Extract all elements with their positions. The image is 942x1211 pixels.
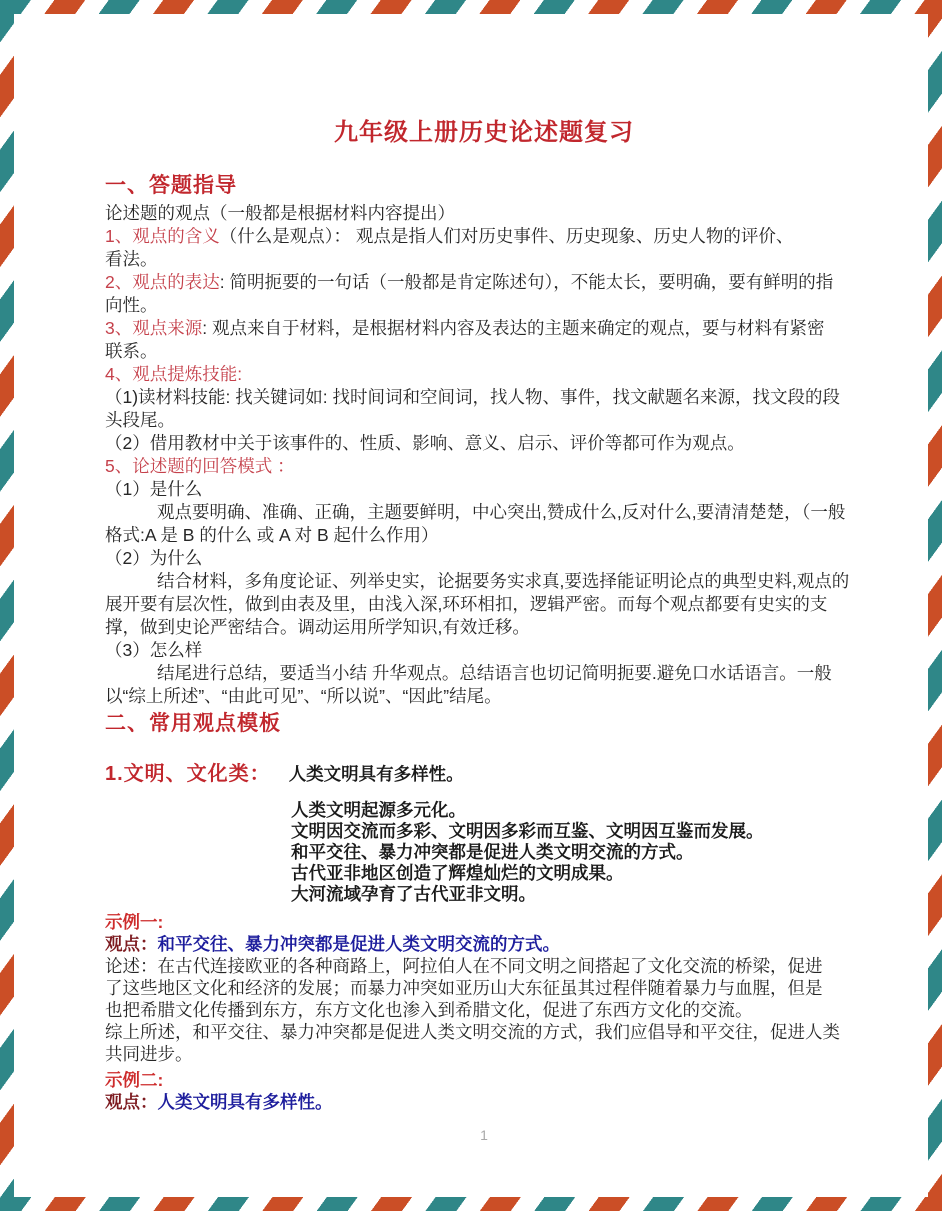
red-highlight-text: 1、观点的含义 (105, 226, 220, 246)
text-line: 撑，做到史论严密结合。调动运用所学知识,有效迁移。 (105, 616, 863, 639)
category-label: 1.文明、文化类： (105, 763, 271, 785)
text-line: 2、观点的表达: 简明扼要的一句话（一般都是肯定陈述句），不能太长，要明确，要有… (105, 271, 863, 294)
example-1: 示例一:观点：和平交往、暴力冲突都是促进人类文明交流的方式。论述：在古代连接欧亚… (105, 911, 863, 1065)
text-line: 3、观点来源: 观点来自于材料，是根据材料内容及表达的主题来确定的观点，要与材料… (105, 317, 863, 340)
template-line: 大河流域孕育了古代亚非文明。 (291, 884, 863, 905)
body-text: 结尾进行总结，要适当小结 升华观点。总结语言也切记简明扼要.避免口水话语言。一般 (157, 663, 832, 683)
body-text: （1)读材料技能: 找关键词如: 找时间词和空间词，找人物、事件，找文献题名来源… (105, 387, 840, 407)
text-line: 展开要有层次性，做到由表及里，由浅入深,环环相扣，逻辑严密。而每个观点都要有史实… (105, 593, 863, 616)
examples-block: 示例一:观点：和平交往、暴力冲突都是促进人类文明交流的方式。论述：在古代连接欧亚… (105, 911, 863, 1113)
answer-guide-text-block: 论述题的观点（一般都是根据材料内容提出）1、观点的含义（什么是观点）： 观点是指… (105, 202, 863, 708)
body-text: : 观点来自于材料，是根据材料内容及表达的主题来确定的观点，要与材料有紧密 (202, 318, 824, 338)
page-number: 1 (105, 1127, 863, 1143)
page-title: 九年级上册历史论述题复习 (105, 118, 863, 148)
document-content: 九年级上册历史论述题复习 一、答题指导 论述题的观点（一般都是根据材料内容提出）… (105, 118, 863, 1143)
striped-border-background: { "colors": { "stripe_teal": "#2f8788", … (0, 0, 942, 1211)
body-text: 头段尾。 (105, 410, 175, 430)
red-highlight-text: 4、观点提炼技能: (105, 364, 242, 384)
viewpoint-template-list: 人类文明起源多元化。文明因交流而多彩、文明因多彩而互鉴、文明因互鉴而发展。和平交… (291, 800, 863, 905)
section1-heading: 一、答题指导 (105, 172, 863, 200)
discussion-line: 了这些地区文化和经济的发展；而暴力冲突如亚历山大东征虽其过程伴随着暴力与血腥，但… (105, 977, 863, 999)
text-line: 4、观点提炼技能: (105, 363, 863, 386)
text-line: 看法。 (105, 248, 863, 271)
discussion-line: 也把希腊文化传播到东方，东方文化也渗入到希腊文化，促进了东西方文化的交流。 (105, 999, 863, 1021)
text-line: （1)读材料技能: 找关键词如: 找时间词和空间词，找人物、事件，找文献题名来源… (105, 386, 863, 409)
body-text: 以“综上所述”、“由此可见”、“所以说”、“因此”结尾。 (105, 686, 502, 706)
text-line: 联系。 (105, 340, 863, 363)
text-line: 以“综上所述”、“由此可见”、“所以说”、“因此”结尾。 (105, 685, 863, 708)
text-line: 论述题的观点（一般都是根据材料内容提出） (105, 202, 863, 225)
text-line: 5、论述题的回答模式 ： (105, 455, 863, 478)
body-text: 联系。 (105, 341, 158, 361)
text-line: 向性。 (105, 294, 863, 317)
text-line: 结合材料，多角度论证、列举史实，论据要务实求真,要选择能证明论点的典型史料,观点… (105, 570, 863, 593)
viewpoint-line: 观点：人类文明具有多样性。 (105, 1091, 863, 1113)
discussion-line: 综上所述，和平交往、暴力冲突都是促进人类文明交流的方式，我们应倡导和平交往，促进… (105, 1021, 863, 1043)
template-line: 古代亚非地区创造了辉煌灿烂的文明成果。 (291, 863, 863, 884)
body-text: : 简明扼要的一句话（一般都是肯定陈述句），不能太长，要明确，要有鲜明的指 (220, 272, 833, 292)
text-line: （2）借用教材中关于该事件的、性质、影响、意义、启示、评价等都可作为观点。 (105, 432, 863, 455)
red-highlight-text: 3、观点来源 (105, 318, 202, 338)
viewpoint-label: 观点： (105, 934, 158, 954)
text-line: 格式:A 是 B 的什么 或 A 对 B 起什么作用） (105, 524, 863, 547)
body-text: 向性。 (105, 295, 158, 315)
red-highlight-text: 5、论述题的回答模式 ： (105, 456, 295, 476)
body-text: 撑，做到史论严密结合。调动运用所学知识,有效迁移。 (105, 617, 530, 637)
body-text: 结合材料，多角度论证、列举史实，论据要务实求真,要选择能证明论点的典型史料,观点… (157, 571, 849, 591)
template-line: 和平交往、暴力冲突都是促进人类文明交流的方式。 (291, 842, 863, 863)
viewpoint-label: 观点： (105, 1092, 158, 1112)
body-text: （2）为什么 (105, 548, 202, 568)
text-line: （3）怎么样 (105, 639, 863, 662)
text-line: 观点要明确、准确、正确，主题要鲜明，中心突出,赞成什么,反对什么,要清清楚楚，（… (105, 501, 863, 524)
text-line: （2）为什么 (105, 547, 863, 570)
body-text: （1）是什么 (105, 479, 202, 499)
template-line: 文明因交流而多彩、文明因多彩而互鉴、文明因互鉴而发展。 (291, 821, 863, 842)
viewpoint-line: 观点：和平交往、暴力冲突都是促进人类文明交流的方式。 (105, 933, 863, 955)
text-line: 头段尾。 (105, 409, 863, 432)
body-text: 格式:A 是 B 的什么 或 A 对 B 起什么作用） (105, 525, 439, 545)
discussion-line: 论述：在古代连接欧亚的各种商路上，阿拉伯人在不同文明之间搭起了文化交流的桥梁，促… (105, 955, 863, 977)
viewpoint-text: 人类文明具有多样性。 (158, 1092, 333, 1112)
section2-heading: 二、常用观点模板 (105, 710, 863, 738)
document-page: 九年级上册历史论述题复习 一、答题指导 论述题的观点（一般都是根据材料内容提出）… (14, 14, 928, 1197)
example-2: 示例二:观点：人类文明具有多样性。 (105, 1069, 863, 1113)
example-label: 示例二: (105, 1069, 863, 1091)
discussion-line: 共同进步。 (105, 1043, 863, 1065)
body-text: 展开要有层次性，做到由表及里，由浅入深,环环相扣，逻辑严密。而每个观点都要有史实… (105, 594, 827, 614)
body-text: （3）怎么样 (105, 640, 202, 660)
body-text: 看法。 (105, 249, 158, 269)
body-text: 观点要明确、准确、正确，主题要鲜明，中心突出,赞成什么,反对什么,要清清楚楚，（… (157, 502, 845, 522)
text-line: 结尾进行总结，要适当小结 升华观点。总结语言也切记简明扼要.避免口水话语言。一般 (105, 662, 863, 685)
example-label: 示例一: (105, 911, 863, 933)
viewpoint-text: 和平交往、暴力冲突都是促进人类文明交流的方式。 (158, 934, 561, 954)
template-line: 人类文明起源多元化。 (291, 800, 863, 821)
body-text: （2）借用教材中关于该事件的、性质、影响、意义、启示、评价等都可作为观点。 (105, 433, 745, 453)
body-text: （什么是观点）： 观点是指人们对历史事件、历史现象、历史人物的评价、 (220, 226, 794, 246)
text-line: 1、观点的含义（什么是观点）： 观点是指人们对历史事件、历史现象、历史人物的评价… (105, 225, 863, 248)
category-line: 1.文明、文化类：人类文明具有多样性。 (105, 762, 863, 788)
text-line: （1）是什么 (105, 478, 863, 501)
body-text: 论述题的观点（一般都是根据材料内容提出） (105, 203, 455, 223)
red-highlight-text: 2、观点的表达 (105, 272, 220, 292)
category-value: 人类文明具有多样性。 (289, 764, 464, 784)
